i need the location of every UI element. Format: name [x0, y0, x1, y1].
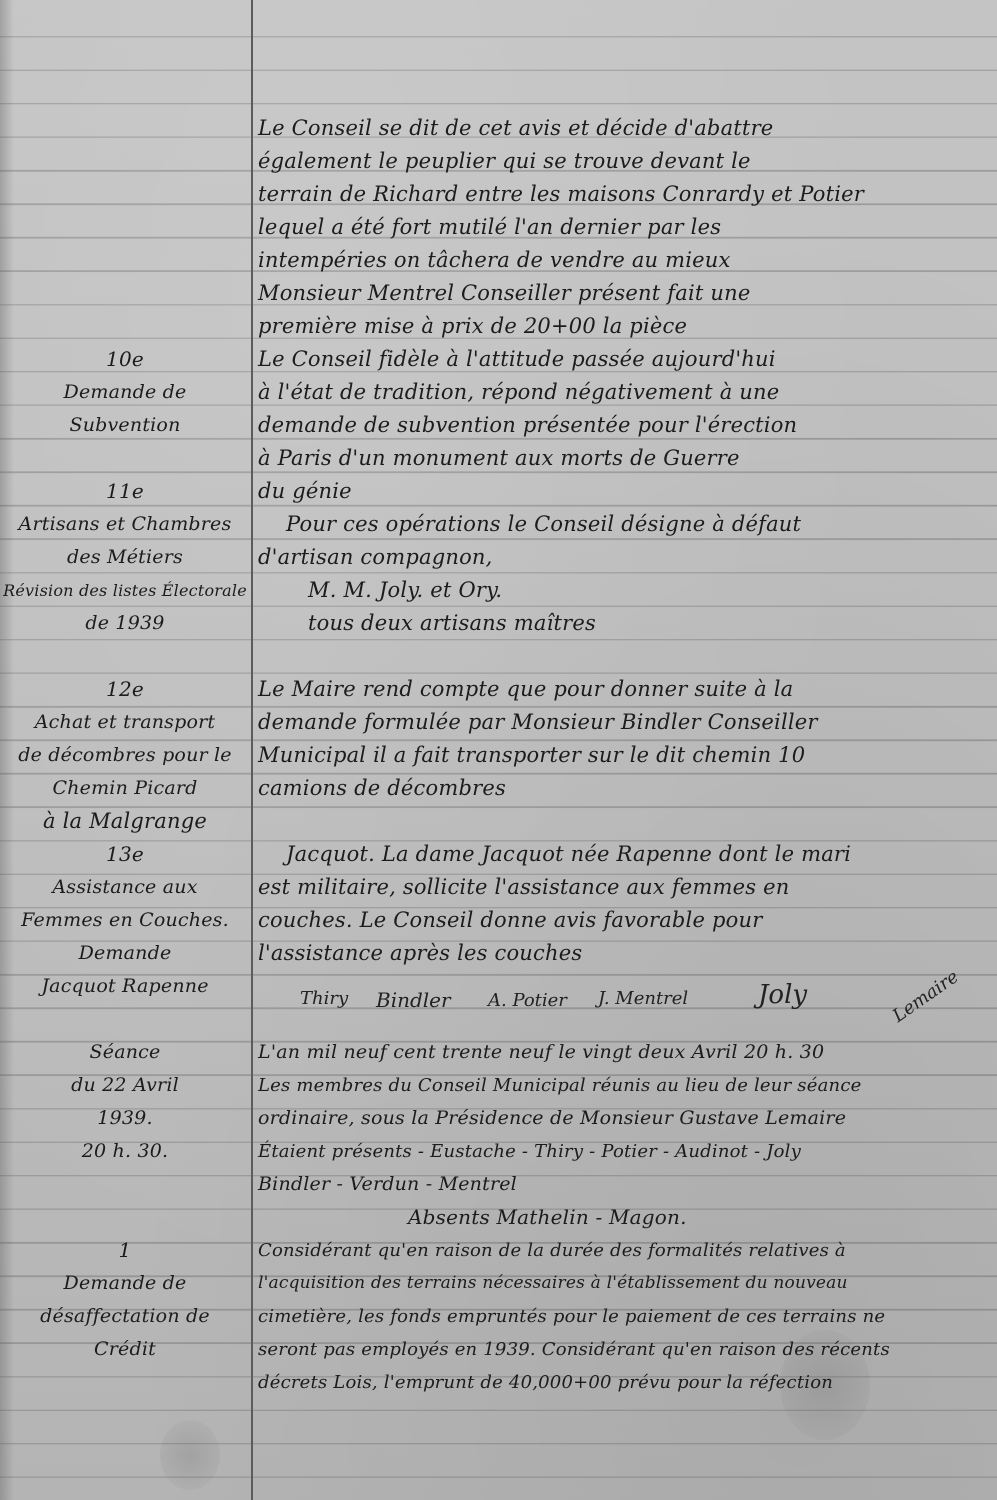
item-number: 13e [0, 838, 250, 871]
body-line: Bindler - Verdun - Mentrel [258, 1168, 517, 1201]
session-heading: Séance [0, 1036, 250, 1069]
margin-heading-line: Assistance aux [0, 871, 250, 904]
body-line: Le Maire rend compte que pour donner sui… [258, 673, 793, 706]
body-line: cimetière, les fonds empruntés pour le p… [258, 1300, 885, 1333]
body-line: demande de subvention présentée pour l'é… [258, 409, 797, 442]
body-line: à Paris d'un monument aux morts de Guerr… [258, 442, 740, 475]
body-line: Jacquot. La dame Jacquot née Rapenne don… [286, 838, 851, 871]
body-line: l'acquisition des terrains nécessaires à… [258, 1267, 848, 1300]
margin-heading-line: des Métiers [0, 541, 250, 574]
session-time: 20 h. 30. [0, 1135, 250, 1168]
signature: A. Potier [488, 990, 567, 1011]
margin-heading-line: de 1939 [0, 607, 250, 640]
body-line: est militaire, sollicite l'assistance au… [258, 871, 790, 904]
margin-heading-line: Chemin Picard [0, 772, 250, 805]
session-date: du 22 Avril [0, 1069, 250, 1102]
margin-heading-line: à la Malgrange [0, 805, 250, 838]
margin-heading-line: Artisans et Chambres [0, 508, 250, 541]
margin-heading-line: Demande de [0, 376, 250, 409]
margin-heading-line: Femmes en Couches. [0, 904, 250, 937]
margin-rule [251, 0, 253, 1500]
body-line: Monsieur Mentrel Conseiller présent fait… [258, 277, 750, 310]
body-line: l'assistance après les couches [258, 937, 582, 970]
margin-heading-line: de décombres pour le [0, 739, 250, 772]
margin-heading-line: Révision des listes Électorale [0, 574, 250, 607]
item-number: 10e [0, 343, 250, 376]
item-number: 12e [0, 673, 250, 706]
body-line: Considérant qu'en raison de la durée des… [258, 1234, 846, 1267]
minutes-body: Le Conseil se dit de cet avis et décide … [258, 0, 993, 1500]
register-page: 10e Demande de Subvention 11e Artisans e… [0, 0, 997, 1500]
body-line: seront pas employés en 1939. Considérant… [258, 1333, 890, 1366]
margin-column: 10e Demande de Subvention 11e Artisans e… [0, 0, 250, 1500]
signatures: Thiry Bindler A. Potier J. Mentrel Joly … [288, 980, 988, 1040]
body-line: Pour ces opérations le Conseil désigne à… [286, 508, 801, 541]
margin-heading-line: Demande de [0, 1267, 250, 1300]
signature: Joly [758, 980, 807, 1010]
body-line: terrain de Richard entre les maisons Con… [258, 178, 864, 211]
body-line: lequel a été fort mutilé l'an dernier pa… [258, 211, 721, 244]
signature: Lemaire [889, 966, 963, 1026]
item-number: 1 [0, 1234, 250, 1267]
margin-heading-line: Crédit [0, 1333, 250, 1366]
body-line: couches. Le Conseil donne avis favorable… [258, 904, 762, 937]
margin-heading-line: désaffectation de [0, 1300, 250, 1333]
body-line: décrets Lois, l'emprunt de 40,000+00 pré… [258, 1366, 833, 1399]
body-line: Étaient présents - Eustache - Thiry - Po… [258, 1135, 801, 1168]
body-line: camions de décombres [258, 772, 506, 805]
item-number: 11e [0, 475, 250, 508]
signature: J. Mentrel [598, 988, 688, 1009]
signature: Bindler [376, 988, 451, 1012]
body-line: du génie [258, 475, 352, 508]
body-line: Les membres du Conseil Municipal réunis … [258, 1069, 861, 1102]
body-line: Le Conseil se dit de cet avis et décide … [258, 112, 773, 145]
body-line: L'an mil neuf cent trente neuf le vingt … [258, 1036, 824, 1069]
session-year: 1939. [0, 1102, 250, 1135]
margin-heading-line: Achat et transport [0, 706, 250, 739]
body-line: également le peuplier qui se trouve deva… [258, 145, 751, 178]
signature: Thiry [300, 988, 348, 1009]
body-line: ordinaire, sous la Présidence de Monsieu… [258, 1102, 846, 1135]
margin-heading-line: Subvention [0, 409, 250, 442]
body-line: tous deux artisans maîtres [308, 607, 596, 640]
body-line: d'artisan compagnon, [258, 541, 493, 574]
margin-heading-line: Jacquot Rapenne [0, 970, 250, 1003]
body-line: demande formulée par Monsieur Bindler Co… [258, 706, 818, 739]
body-line: intempéries on tâchera de vendre au mieu… [258, 244, 731, 277]
body-line: Le Conseil fidèle à l'attitude passée au… [258, 343, 776, 376]
body-line: première mise à prix de 20+00 la pièce [258, 310, 687, 343]
body-line: Municipal il a fait transporter sur le d… [258, 739, 805, 772]
body-line: à l'état de tradition, répond négativeme… [258, 376, 779, 409]
absent-members: Absents Mathelin - Magon. [408, 1201, 687, 1234]
body-line: M. M. Joly. et Ory. [308, 574, 502, 607]
margin-heading-line: Demande [0, 937, 250, 970]
